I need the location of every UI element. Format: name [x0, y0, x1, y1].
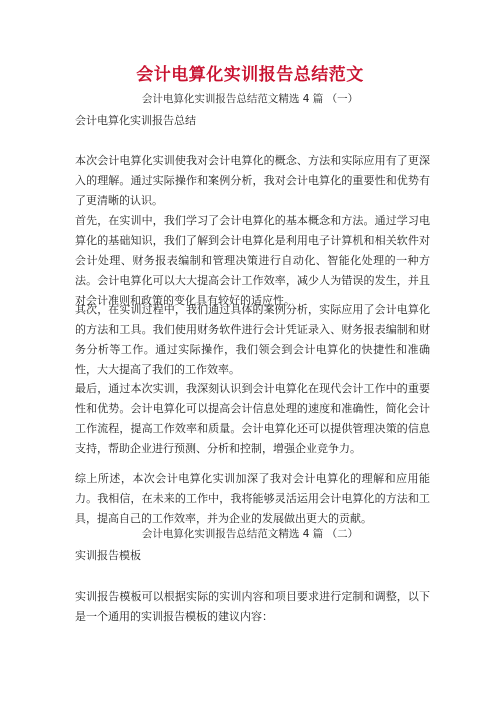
section-2-subtitle: 会计电算化实训报告总结范文精选 4 篇 （二） — [0, 526, 500, 541]
document-title: 会计电算化实训报告总结范文 — [0, 60, 500, 85]
document-page: 会计电算化实训报告总结范文 会计电算化实训报告总结范文精选 4 篇 （一） 会计… — [0, 0, 500, 707]
paragraph: 最后，通过本次实训，我深刻认识到会计电算化在现代会计工作中的重要性和优势。会计电… — [75, 379, 430, 459]
section-1-heading: 会计电算化实训报告总结 — [75, 112, 196, 128]
section-1-subtitle: 会计电算化实训报告总结范文精选 4 篇 （一） — [0, 91, 500, 106]
paragraph: 综上所述，本次会计电算化实训加深了我对会计电算化的理解和应用能力。我相信，在未来… — [75, 469, 430, 529]
paragraph: 实训报告模板可以根据实际的实训内容和项目要求进行定制和调整，以下是一个通用的实训… — [75, 587, 430, 627]
paragraph: 首先，在实训中，我们学习了会计电算化的基本概念和方法。通过学习电算化的基础知识，… — [75, 211, 430, 311]
paragraph: 本次会计电算化实训使我对会计电算化的概念、方法和实际应用有了更深入的理解。通过实… — [75, 151, 430, 211]
paragraph: 其次，在实训过程中，我们通过具体的案例分析，实际应用了会计电算化的方法和工具。我… — [75, 300, 430, 380]
section-2-heading: 实训报告模板 — [75, 547, 141, 563]
